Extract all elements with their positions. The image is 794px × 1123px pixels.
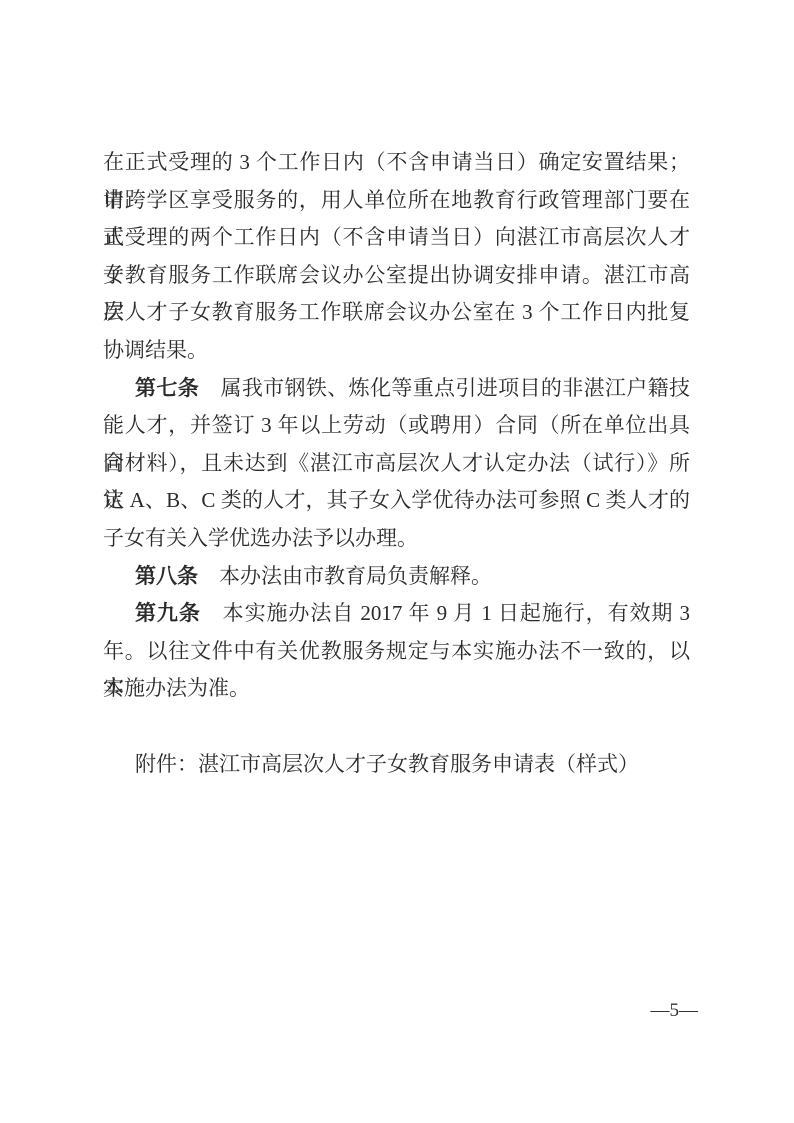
text-line: 协调结果。: [103, 332, 690, 370]
attachment-line: 附件：湛江市高层次人才子女教育服务申请表（样式）: [103, 746, 690, 784]
text-line: 子女有关入学优选办法予以办理。: [103, 520, 690, 558]
text-line: 式受理的两个工作日内（不含申请当日）向湛江市高层次人才子: [103, 219, 690, 257]
article-7-heading: 第七条: [135, 376, 199, 400]
article-9-heading: 第九条: [135, 601, 201, 625]
text-line: 请跨学区享受服务的，用人单位所在地教育行政管理部门要在正: [103, 182, 690, 220]
document-page: 在正式受理的 3 个工作日内（不含申请当日）确定安置结果；申 请跨学区享受服务的…: [0, 0, 794, 1123]
page-number: —5—: [651, 1000, 699, 1022]
text-line: 同材料），且未达到《湛江市高层次人才认定办法（试行）》所认: [103, 445, 690, 483]
article-8-heading: 第八条: [135, 564, 198, 588]
text-line: 能人才，并签订 3 年以上劳动（或聘用）合同（所在单位出具合: [103, 407, 690, 445]
blank-line: [103, 708, 690, 746]
text-line: 实施办法为准。: [103, 670, 690, 708]
document-body: 在正式受理的 3 个工作日内（不含申请当日）确定安置结果；申 请跨学区享受服务的…: [103, 144, 690, 783]
text-line: 在正式受理的 3 个工作日内（不含申请当日）确定安置结果；申: [103, 144, 690, 182]
article-7-line: 第七条 属我市钢铁、炼化等重点引进项目的非湛江户籍技: [103, 370, 690, 408]
text-line: 女教育服务工作联席会议办公室提出协调安排申请。湛江市高层: [103, 257, 690, 295]
text-line: 年。以往文件中有关优教服务规定与本实施办法不一致的，以本: [103, 633, 690, 671]
text-line: 次人才子女教育服务工作联席会议办公室在 3 个工作日内批复: [103, 294, 690, 332]
article-8-line: 第八条 本办法由市教育局负责解释。: [103, 558, 690, 596]
text-line: 定 A、B、C 类的人才，其子女入学优待办法可参照 C 类人才的: [103, 482, 690, 520]
article-9-line: 第九条 本实施办法自 2017 年 9 月 1 日起施行，有效期 3: [103, 595, 690, 633]
